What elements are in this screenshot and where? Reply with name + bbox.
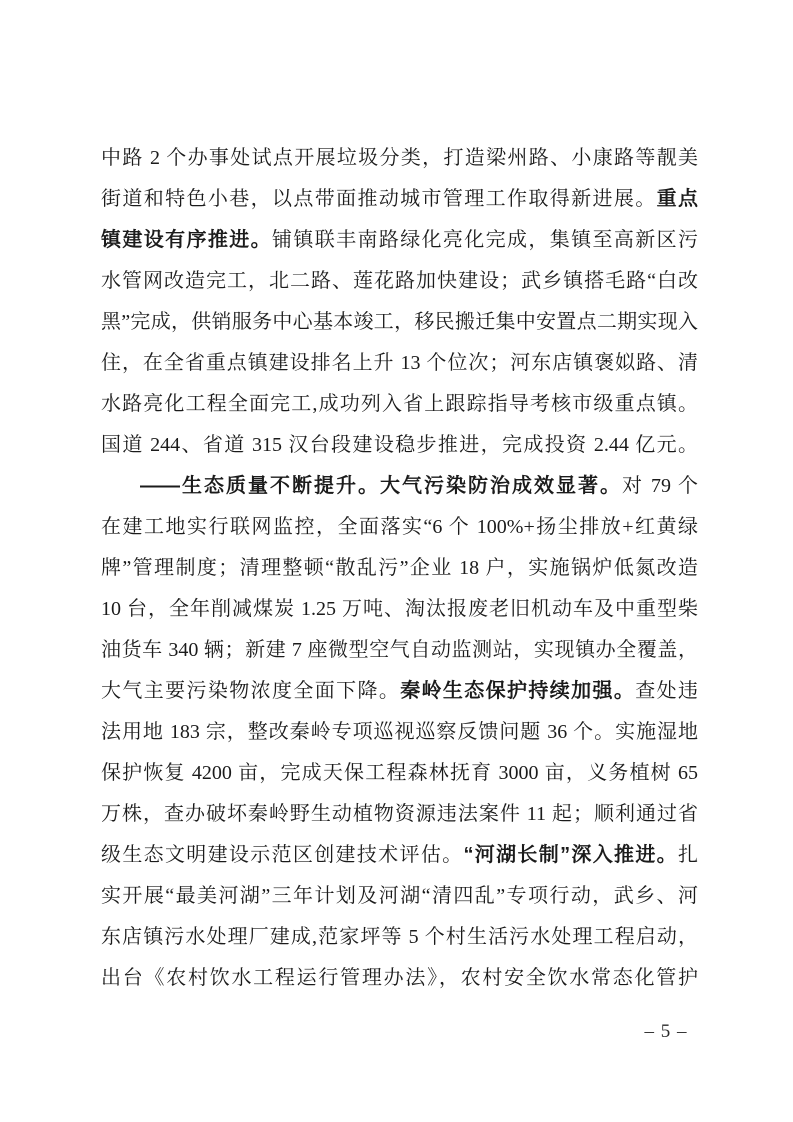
text-line: 10 台，全年削减煤炭 1.25 万吨、淘汰报废老旧机动车及中重型柴 bbox=[101, 589, 698, 630]
text-run: 水路亮化工程全面完工,成功列入省上跟踪指导考核市级重点镇。 bbox=[101, 393, 698, 415]
text-run-bold: 镇建设有序推进。 bbox=[101, 229, 272, 251]
page-number: – 5 – bbox=[628, 1021, 704, 1043]
text-run: 出台《农村饮水工程运行管理办法》，农村安全饮水常态化管护 bbox=[101, 967, 698, 989]
text-run: 实开展“最美河湖”三年计划及河湖“清四乱”专项行动，武乡、河 bbox=[101, 885, 698, 907]
text-run: 国道 244、省道 315 汉台段建设稳步推进，完成投资 2.44 亿元。 bbox=[101, 434, 698, 456]
text-line: 水路亮化工程全面完工,成功列入省上跟踪指导考核市级重点镇。 bbox=[101, 384, 698, 425]
text-line: 法用地 183 宗，整改秦岭专项巡视巡察反馈问题 36 个。实施湿地 bbox=[101, 712, 698, 753]
text-run: 中路 2 个办事处试点开展垃圾分类，打造梁州路、小康路等靓美 bbox=[101, 147, 698, 169]
text-run: 保护恢复 4200 亩，完成天保工程森林抚育 3000 亩，义务植树 65 bbox=[101, 762, 698, 784]
text-run: 街道和特色小巷，以点带面推动城市管理工作取得新进展。 bbox=[101, 188, 657, 210]
text-line: 黑”完成，供销服务中心基本竣工，移民搬迁集中安置点二期实现入 bbox=[101, 302, 698, 343]
text-run-bold: 重点 bbox=[657, 188, 698, 210]
text-run: 法用地 183 宗，整改秦岭专项巡视巡察反馈问题 36 个。实施湿地 bbox=[101, 721, 698, 743]
paragraph-ecological-quality: ——生态质量不断提升。大气污染防治成效显著。对 79 个在建工地实行联网监控，全… bbox=[101, 466, 698, 999]
paragraph-urban-management-key-towns: 中路 2 个办事处试点开展垃圾分类，打造梁州路、小康路等靓美街道和特色小巷，以点… bbox=[101, 138, 698, 466]
text-line: 级生态文明建设示范区创建技术评估。“河湖长制”深入推进。扎 bbox=[101, 835, 698, 876]
text-line: 万株，查办破坏秦岭野生动植物资源违法案件 11 起；顺利通过省 bbox=[101, 794, 698, 835]
text-run: 万株，查办破坏秦岭野生动植物资源违法案件 11 起；顺利通过省 bbox=[101, 803, 698, 825]
text-line: ——生态质量不断提升。大气污染防治成效显著。对 79 个 bbox=[101, 466, 698, 507]
text-line: 在建工地实行联网监控，全面落实“6 个 100%+扬尘排放+红黄绿 bbox=[101, 507, 698, 548]
text-run: 大气主要污染物浓度全面下降。 bbox=[101, 680, 400, 702]
text-run: 黑”完成，供销服务中心基本竣工，移民搬迁集中安置点二期实现入 bbox=[101, 311, 698, 333]
text-run: 水管网改造完工，北二路、莲花路加快建设；武乡镇搭毛路“白改 bbox=[101, 270, 698, 292]
text-line: 牌”管理制度；清理整顿“散乱污”企业 18 户，实施锅炉低氮改造 bbox=[101, 548, 698, 589]
text-line: 水管网改造完工，北二路、莲花路加快建设；武乡镇搭毛路“白改 bbox=[101, 261, 698, 302]
text-line: 油货车 340 辆；新建 7 座微型空气自动监测站，实现镇办全覆盖， bbox=[101, 630, 698, 671]
text-line: 大气主要污染物浓度全面下降。秦岭生态保护持续加强。查处违 bbox=[101, 671, 698, 712]
text-run: 东店镇污水处理厂建成,范家坪等 5 个村生活污水处理工程启动， bbox=[101, 926, 698, 948]
text-run: 牌”管理制度；清理整顿“散乱污”企业 18 户，实施锅炉低氮改造 bbox=[101, 557, 698, 579]
text-run: 扎 bbox=[678, 844, 698, 866]
text-line: 街道和特色小巷，以点带面推动城市管理工作取得新进展。重点 bbox=[101, 179, 698, 220]
text-line: 保护恢复 4200 亩，完成天保工程森林抚育 3000 亩，义务植树 65 bbox=[101, 753, 698, 794]
document-body: 中路 2 个办事处试点开展垃圾分类，打造梁州路、小康路等靓美街道和特色小巷，以点… bbox=[101, 138, 698, 999]
text-run: 住，在全省重点镇建设排名上升 13 个位次；河东店镇褒姒路、清 bbox=[101, 352, 698, 374]
text-run: 查处违 bbox=[635, 680, 698, 702]
text-run: 级生态文明建设示范区创建技术评估。 bbox=[101, 844, 463, 866]
text-run: 油货车 340 辆；新建 7 座微型空气自动监测站，实现镇办全覆盖， bbox=[101, 639, 698, 661]
text-line: 国道 244、省道 315 汉台段建设稳步推进，完成投资 2.44 亿元。 bbox=[101, 425, 698, 466]
text-run-bold: “河湖长制”深入推进。 bbox=[463, 844, 678, 866]
text-line: 镇建设有序推进。铺镇联丰南路绿化亮化完成，集镇至高新区污 bbox=[101, 220, 698, 261]
text-run: 10 台，全年削减煤炭 1.25 万吨、淘汰报废老旧机动车及中重型柴 bbox=[101, 598, 698, 620]
text-line: 住，在全省重点镇建设排名上升 13 个位次；河东店镇褒姒路、清 bbox=[101, 343, 698, 384]
text-run-bold: 秦岭生态保护持续加强。 bbox=[400, 680, 635, 702]
document-page: 中路 2 个办事处试点开展垃圾分类，打造梁州路、小康路等靓美街道和特色小巷，以点… bbox=[0, 0, 793, 1122]
text-run: 在建工地实行联网监控，全面落实“6 个 100%+扬尘排放+红黄绿 bbox=[101, 516, 698, 538]
text-line: 东店镇污水处理厂建成,范家坪等 5 个村生活污水处理工程启动， bbox=[101, 917, 698, 958]
text-line: 中路 2 个办事处试点开展垃圾分类，打造梁州路、小康路等靓美 bbox=[101, 138, 698, 179]
text-run: 铺镇联丰南路绿化亮化完成，集镇至高新区污 bbox=[272, 229, 698, 251]
text-run: 对 79 个 bbox=[622, 475, 698, 497]
text-line: 实开展“最美河湖”三年计划及河湖“清四乱”专项行动，武乡、河 bbox=[101, 876, 698, 917]
text-line: 出台《农村饮水工程运行管理办法》，农村安全饮水常态化管护 bbox=[101, 958, 698, 999]
text-run-bold: ——生态质量不断提升。大气污染防治成效显著。 bbox=[140, 475, 622, 497]
